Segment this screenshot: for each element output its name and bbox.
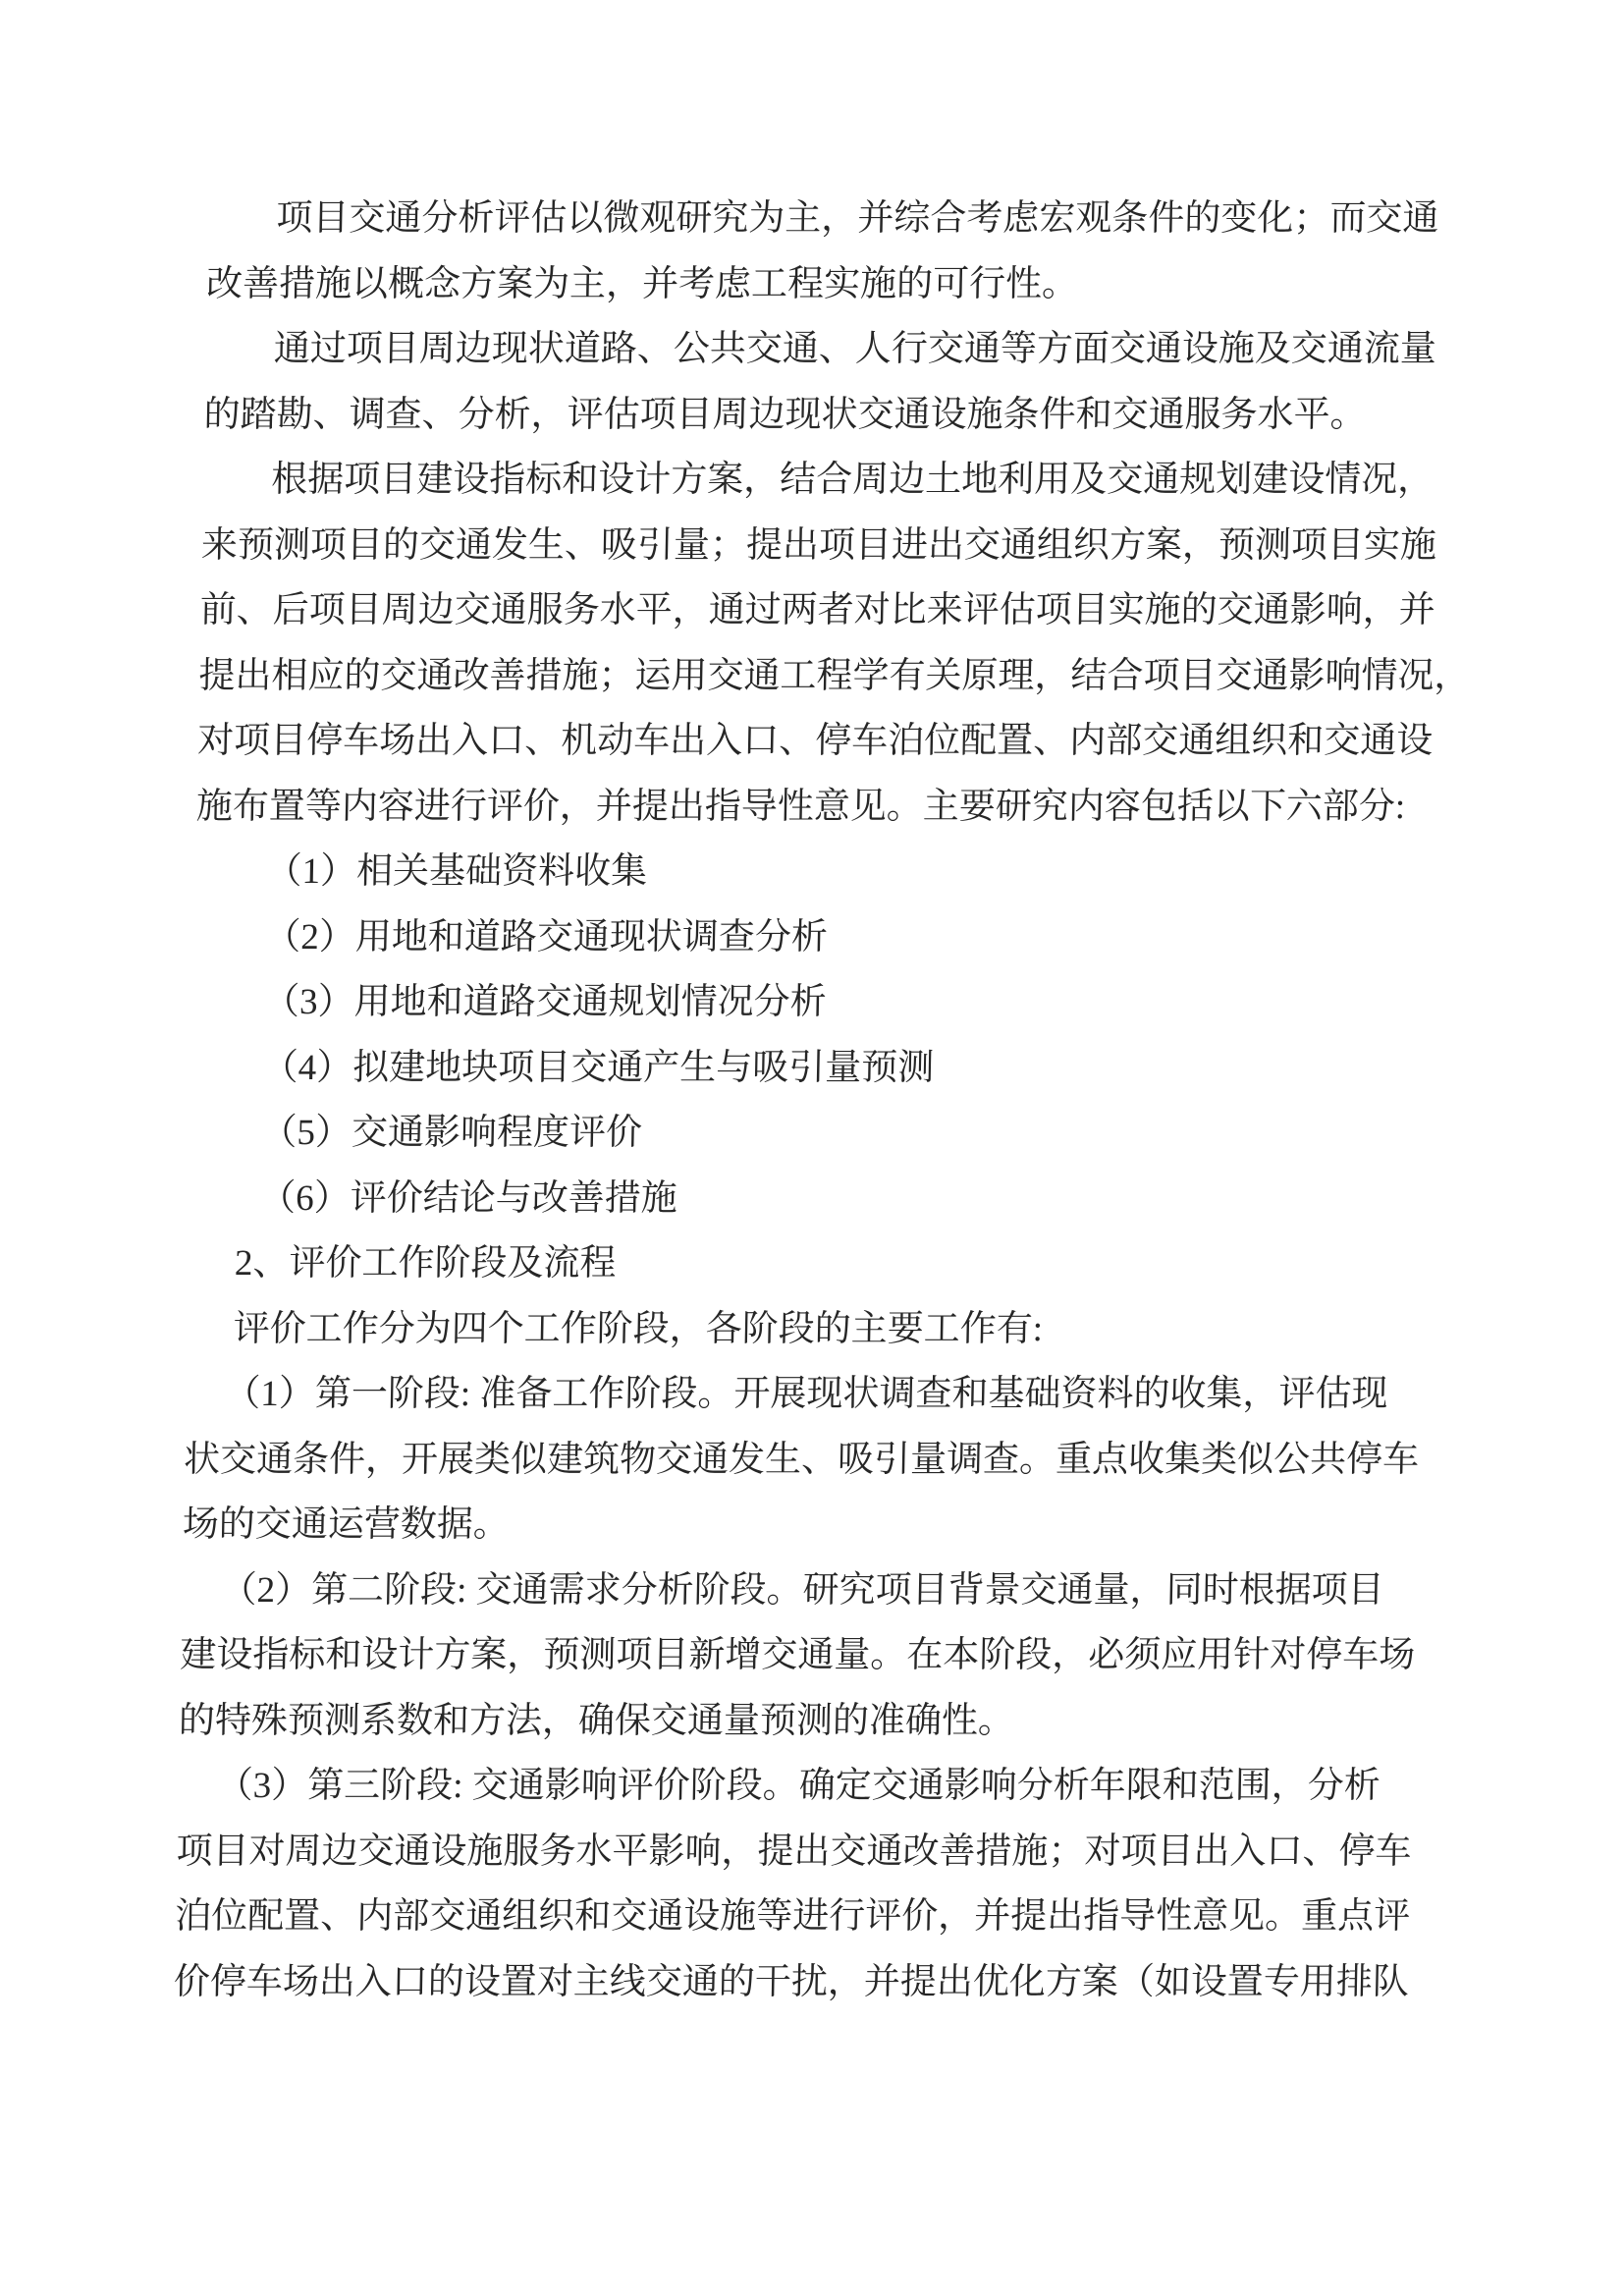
text-line: （4）拟建地块项目交通产生与吸引量预测 (190, 1036, 1436, 1102)
text-line: 施布置等内容进行评价，并提出指导性意见。主要研究内容包括以下六部分: (195, 775, 1441, 841)
text-line: 通过项目周边现状道路、公共交通、人行交通等方面交通设施及交通流量 (204, 317, 1450, 383)
text-line: 建设指标和设计方案，预测项目新增交通量。在本阶段，必须应用针对停车场 (180, 1623, 1426, 1689)
text-line: 的特殊预测系数和方法，确保交通量预测的准确性。 (178, 1689, 1424, 1755)
text-line: （3）第三阶段: 交通影响评价阶段。确定交通影响分析年限和范围，分析 (177, 1754, 1423, 1820)
text-line: 前、后项目周边交通服务水平，通过两者对比来评估项目实施的交通影响，并 (199, 578, 1445, 644)
text-line: （1）第一阶段: 准备工作阶段。开展现状调查和基础资料的收集，评估现 (185, 1362, 1431, 1428)
text-line: 提出相应的交通改善措施；运用交通工程学有关原理，结合项目交通影响情况， (198, 644, 1444, 710)
text-line: 根据项目建设指标和设计方案，结合周边土地利用及交通规划建设情况， (202, 448, 1448, 514)
text-line: 改善措施以概念方案为主，并考虑工程实施的可行性。 (205, 252, 1451, 318)
text-line: 状交通条件，开展类似建筑物交通发生、吸引量调查。重点收集类似公共停车 (183, 1428, 1429, 1494)
text-line: 2、评价工作阶段及流程 (187, 1231, 1433, 1297)
text-line: 评价工作分为四个工作阶段，各阶段的主要工作有: (186, 1297, 1432, 1363)
text-line: （2）第二阶段: 交通需求分析阶段。研究项目背景交通量，同时根据项目 (181, 1558, 1427, 1624)
document-text-block: 项目交通分析评估以微观研究为主，并综合考虑宏观条件的变化；而交通改善措施以概念方… (173, 187, 1453, 2015)
text-line: 价停车场出入口的设置对主线交通的干扰，并提出优化方案（如设置专用排队 (173, 1950, 1419, 2016)
text-line: （2）用地和道路交通现状调查分析 (193, 905, 1439, 971)
text-line: （1）相关基础资料收集 (194, 840, 1440, 905)
text-line: 场的交通运营数据。 (182, 1493, 1428, 1558)
text-line: 来预测项目的交通发生、吸引量；提出项目进出交通组织方案，预测项目实施 (200, 514, 1446, 579)
text-line: 项目对周边交通设施服务水平影响，提出交通改善措施；对项目出入口、停车 (176, 1820, 1422, 1886)
document-page: 项目交通分析评估以微观研究为主，并综合考虑宏观条件的变化；而交通改善措施以概念方… (0, 0, 1624, 2296)
text-line: 泊位配置、内部交通组织和交通设施等进行评价，并提出指导性意见。重点评 (175, 1885, 1421, 1950)
text-line: 项目交通分析评估以微观研究为主，并综合考虑宏观条件的变化；而交通 (207, 187, 1453, 252)
text-line: （5）交通影响程度评价 (189, 1101, 1435, 1167)
text-line: 对项目停车场出入口、机动车出入口、停车泊位配置、内部交通组织和交通设 (197, 709, 1443, 775)
text-line: （6）评价结论与改善措施 (189, 1167, 1435, 1232)
text-line: 的踏勘、调查、分析，评估项目周边现状交通设施条件和交通服务水平。 (203, 383, 1449, 449)
text-line: （3）用地和道路交通规划情况分析 (191, 970, 1437, 1036)
